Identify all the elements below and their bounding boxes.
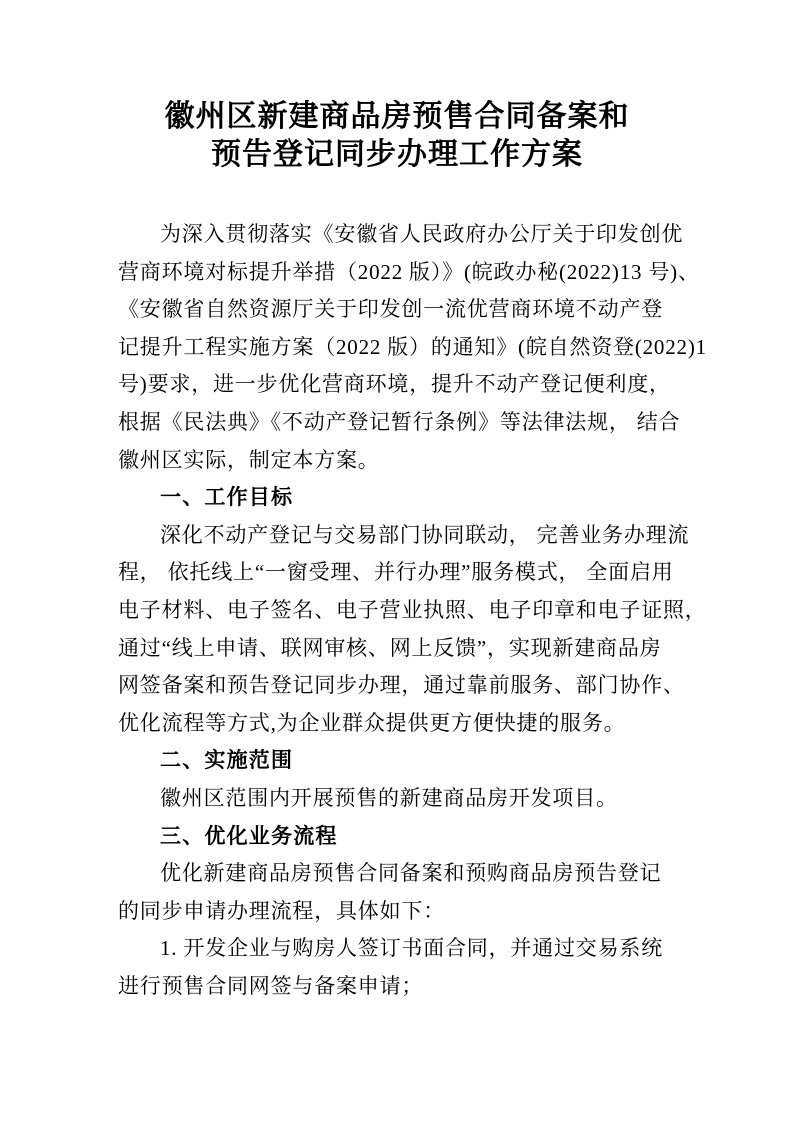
document-body: 为深入贯彻落实《安徽省人民政府办公厅关于印发创优 营商环境对标提升举措（2022…: [118, 216, 686, 1005]
text-line: 深化不动产登记与交易部门协同联动， 完善业务办理流: [118, 517, 686, 555]
section-heading-2: 二、实施范围: [118, 742, 686, 780]
section-heading-1: 一、工作目标: [118, 479, 686, 517]
text-line: 的同步申请办理流程，具体如下：: [118, 893, 686, 931]
text-line: 记提升工程实施方案（2022 版）的通知》(皖自然资登(2022)1: [118, 329, 686, 367]
document-page: 徽州区新建商品房预售合同备案和 预告登记同步办理工作方案 为深入贯彻落实《安徽省…: [0, 0, 794, 1122]
text-line: 网签备案和预告登记同步办理，通过靠前服务、部门协作、: [118, 667, 686, 705]
text-line: 徽州区实际，制定本方案。: [118, 442, 686, 480]
text-line: 营商环境对标提升举措（2022 版）》(皖政办秘(2022)13 号)、: [118, 254, 686, 292]
text-line: 1. 开发企业与购房人签订书面合同，并通过交易系统: [118, 930, 686, 968]
section-heading-3: 三、优化业务流程: [118, 818, 686, 856]
text-line: 通过“线上申请、联网审核、网上反馈”，实现新建商品房: [118, 630, 686, 668]
text-line: 《安徽省自然资源厅关于印发创一流优营商环境不动产登: [118, 291, 686, 329]
text-line: 电子材料、电子签名、电子营业执照、电子印章和电子证照，: [118, 592, 686, 630]
text-line: 进行预售合同网签与备案申请；: [118, 968, 686, 1006]
text-line: 徽州区范围内开展预售的新建商品房开发项目。: [118, 780, 686, 818]
document-title-line-2: 预告登记同步办理工作方案: [0, 136, 794, 174]
text-line: 优化新建商品房预售合同备案和预购商品房预告登记: [118, 855, 686, 893]
text-line: 优化流程等方式,为企业群众提供更方便快捷的服务。: [118, 705, 686, 743]
text-line: 为深入贯彻落实《安徽省人民政府办公厅关于印发创优: [118, 216, 686, 254]
text-line: 号)要求，进一步优化营商环境，提升不动产登记便利度，: [118, 366, 686, 404]
document-title: 徽州区新建商品房预售合同备案和 预告登记同步办理工作方案: [0, 98, 794, 174]
text-line: 根据《民法典》《不动产登记暂行条例》等法律法规， 结合: [118, 404, 686, 442]
text-line: 程， 依托线上“一窗受理、并行办理”服务模式， 全面启用: [118, 554, 686, 592]
document-title-line-1: 徽州区新建商品房预售合同备案和: [0, 98, 794, 136]
